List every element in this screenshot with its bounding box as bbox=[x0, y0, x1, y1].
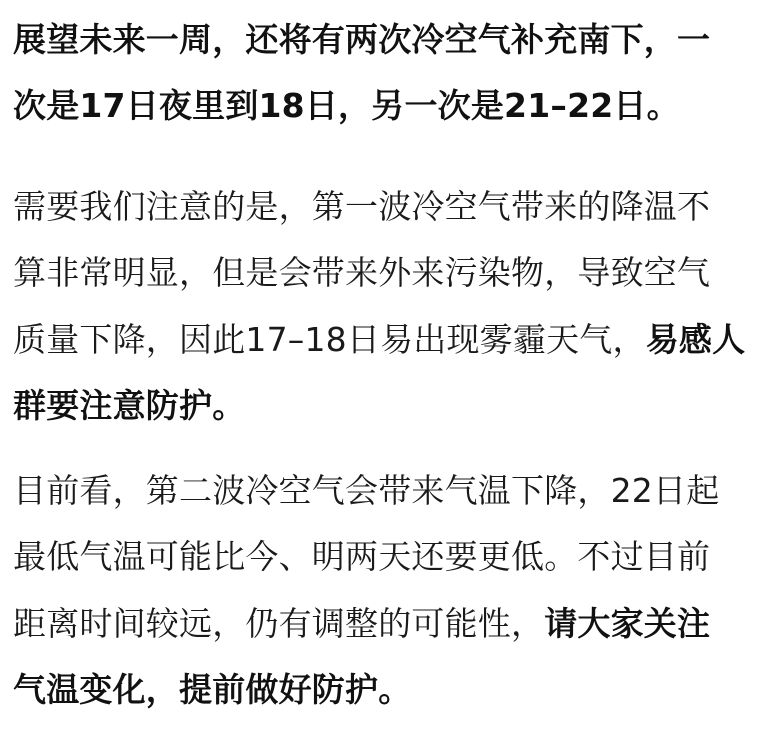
paragraph-2-line-4: 群要注意防护。 bbox=[13, 386, 245, 426]
bold-text: 展望未来一周，还将有两次冷空气补充南下，一 bbox=[13, 20, 710, 59]
paragraph-2-line-3: 质量下降，因此17–18日易出现雾霾天气，易感人 bbox=[13, 320, 745, 360]
paragraph-3-line-3: 距离时间较远，仍有调整的可能性，请大家关注 bbox=[13, 604, 710, 644]
body-text: 距离时间较远，仍有调整的可能性， bbox=[13, 604, 544, 643]
bold-text: 易感人 bbox=[646, 320, 746, 359]
body-text: 最低气温可能比今、明两天还要更低。不过目前 bbox=[13, 537, 710, 576]
paragraph-3-line-4: 气温变化，提前做好防护。 bbox=[13, 670, 411, 710]
bold-text: 气温变化，提前做好防护。 bbox=[13, 670, 411, 709]
article-body: 展望未来一周，还将有两次冷空气补充南下，一 次是17日夜里到18日，另一次是21… bbox=[0, 0, 767, 738]
paragraph-2-line-1: 需要我们注意的是，第一波冷空气带来的降温不 bbox=[13, 187, 710, 227]
paragraph-2-line-2: 算非常明显，但是会带来外来污染物，导致空气 bbox=[13, 253, 710, 293]
paragraph-3-line-2: 最低气温可能比今、明两天还要更低。不过目前 bbox=[13, 537, 710, 577]
bold-text: 次是17日夜里到18日，另一次是21–22日。 bbox=[13, 86, 680, 125]
body-text: 质量下降，因此17–18日易出现雾霾天气， bbox=[13, 320, 646, 359]
paragraph-1-line-2: 次是17日夜里到18日，另一次是21–22日。 bbox=[13, 86, 680, 126]
paragraph-3-line-1: 目前看，第二波冷空气会带来气温下降，22日起 bbox=[13, 471, 719, 511]
body-text: 目前看，第二波冷空气会带来气温下降，22日起 bbox=[13, 471, 719, 510]
bold-text: 请大家关注 bbox=[544, 604, 710, 643]
bold-text: 群要注意防护。 bbox=[13, 386, 245, 425]
body-text: 算非常明显，但是会带来外来污染物，导致空气 bbox=[13, 253, 710, 292]
paragraph-1-line-1: 展望未来一周，还将有两次冷空气补充南下，一 bbox=[13, 20, 710, 60]
body-text: 需要我们注意的是，第一波冷空气带来的降温不 bbox=[13, 187, 710, 226]
